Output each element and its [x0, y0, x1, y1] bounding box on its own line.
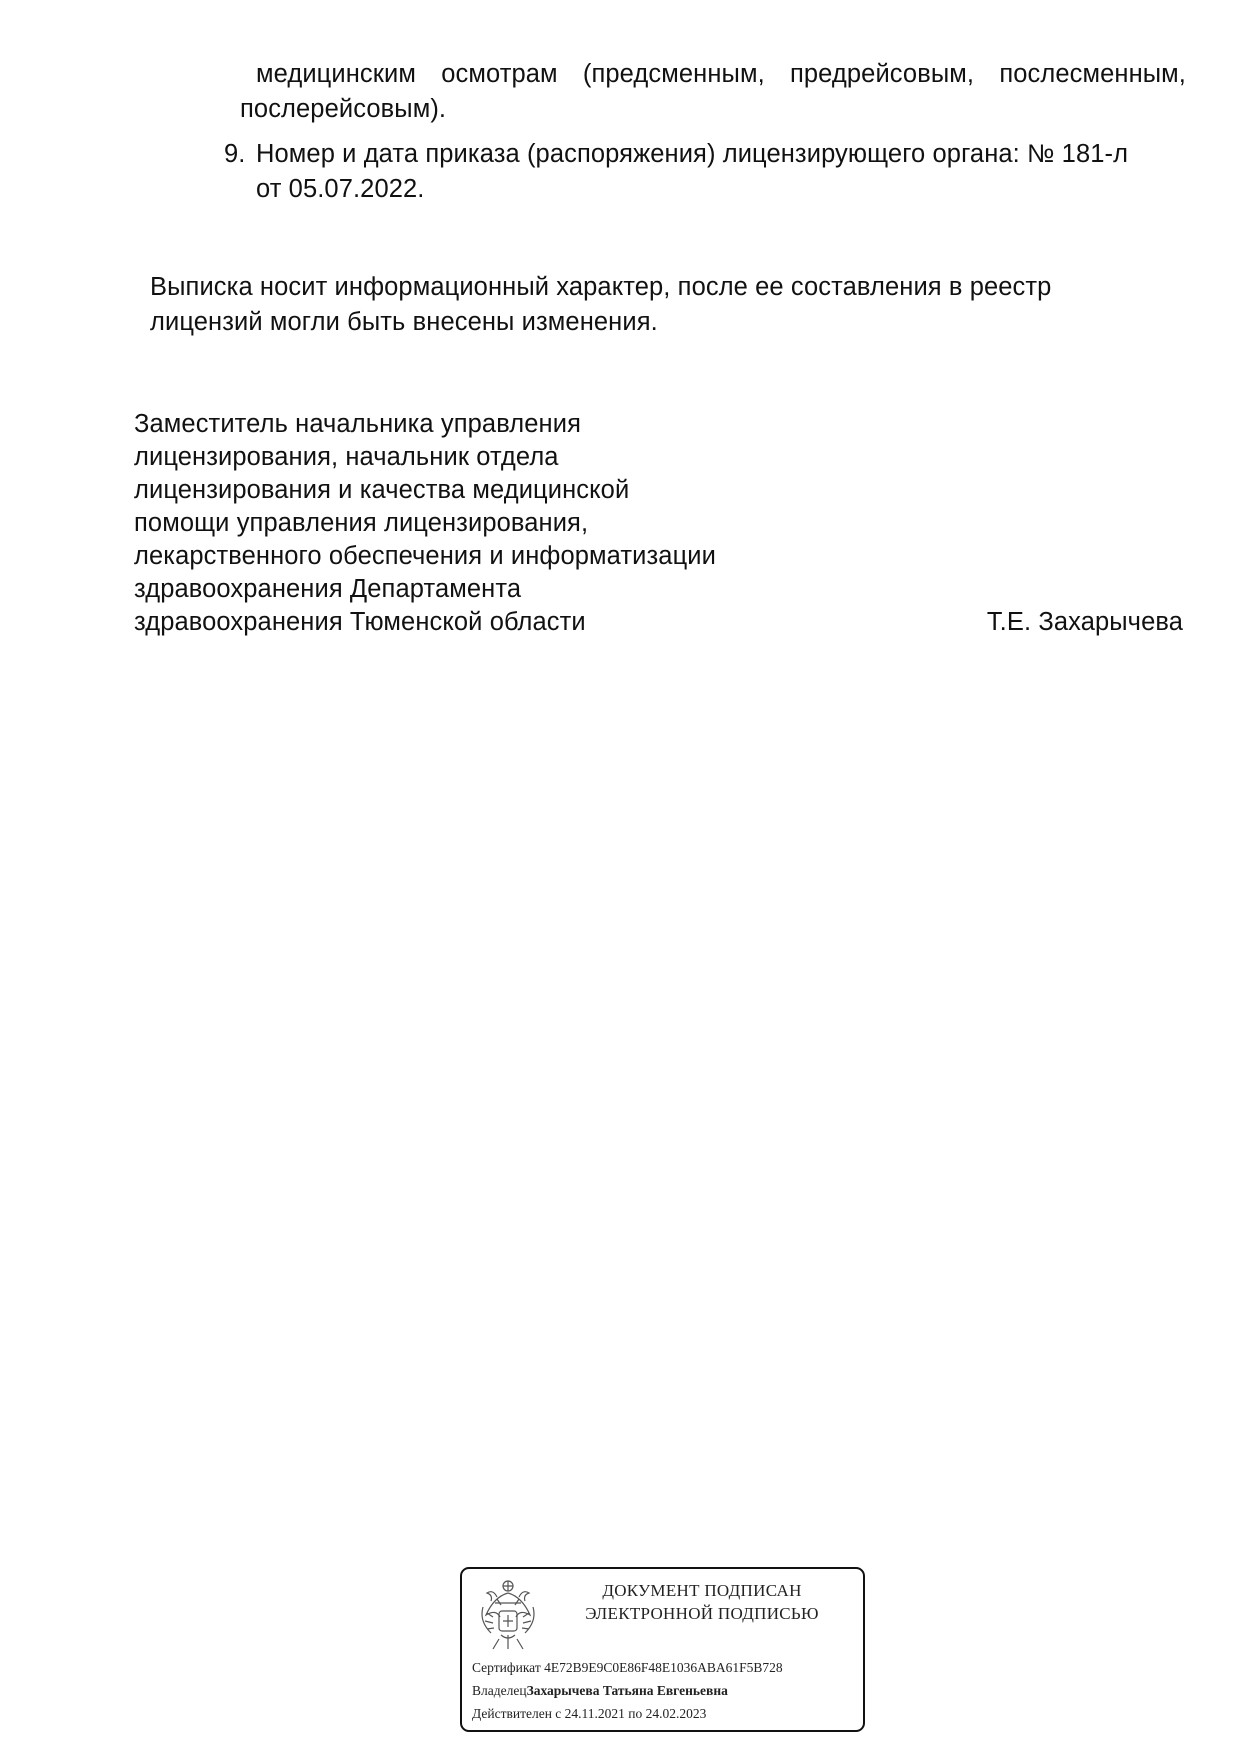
signatory-name: Т.Е. Захарычева [987, 606, 1183, 638]
stamp-title-line2: ЭЛЕКТРОННОЙ ПОДПИСЬЮ [557, 1604, 847, 1624]
item9-number: 9. [224, 138, 245, 170]
position-line: лицензирования, начальник отдела [134, 441, 559, 473]
item8-line1: медицинским осмотрам (предсменным, предр… [256, 58, 1186, 90]
electronic-signature-stamp: ДОКУМЕНТ ПОДПИСАН ЭЛЕКТРОННОЙ ПОДПИСЬЮ С… [460, 1567, 865, 1732]
item9-line1: Номер и дата приказа (распоряжения) лице… [256, 138, 1128, 170]
position-line: Заместитель начальника управления [134, 408, 581, 440]
stamp-title-line1: ДОКУМЕНТ ПОДПИСАН [557, 1581, 847, 1601]
position-line: здравоохранения Тюменской области [134, 606, 586, 638]
position-line: лицензирования и качества медицинской [134, 474, 629, 506]
owner-value: Захарычева Татьяна Евгеньевна [527, 1683, 728, 1698]
item8-line2: послерейсовым). [240, 93, 446, 125]
owner-line: ВладелецЗахарычева Татьяна Евгеньевна [472, 1683, 728, 1699]
notice-line1: Выписка носит информационный характер, п… [150, 271, 1051, 303]
position-line: здравоохранения Департамента [134, 573, 521, 605]
certificate-line: Сертификат 4E72B9E9C0E86F48E1036ABA61F5B… [472, 1660, 783, 1676]
position-line: лекарственного обеспечения и информатиза… [134, 540, 716, 572]
validity-line: Действителен с 24.11.2021 по 24.02.2023 [472, 1706, 706, 1722]
notice-line2: лицензий могли быть внесены изменения. [150, 306, 658, 338]
position-line: помощи управления лицензирования, [134, 507, 588, 539]
item9-line2: от 05.07.2022. [256, 173, 425, 205]
russian-coat-of-arms-icon [477, 1577, 539, 1655]
owner-label: Владелец [472, 1683, 527, 1698]
certificate-value: 4E72B9E9C0E86F48E1036ABA61F5B728 [544, 1660, 783, 1675]
certificate-label: Сертификат [472, 1660, 541, 1675]
